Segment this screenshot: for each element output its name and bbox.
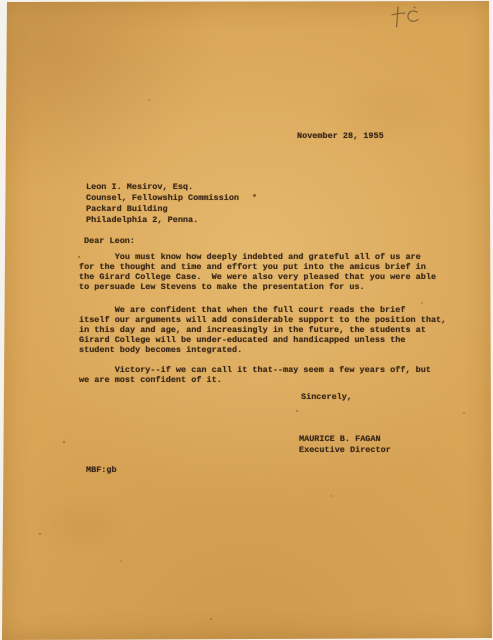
closing: Sincerely, — [301, 392, 352, 402]
recipient-address: Leon I. Mesirov, Esq. Counsel, Fellowshi… — [86, 182, 239, 226]
paper-speck — [39, 533, 41, 535]
signature-title: Executive Director — [299, 445, 391, 455]
letter-paper: FC November 28, 1955 Leon I. Mesirov, Es… — [0, 0, 493, 640]
body-paragraph-2: We are confident that when the full cour… — [79, 305, 446, 355]
paper-speck — [330, 495, 332, 497]
paper-speck — [148, 99, 150, 101]
paper-speck — [296, 410, 298, 412]
signature-name: MAURICE B. FAGAN — [299, 434, 381, 444]
body-paragraph-3: Victory--if we can call it that--may see… — [79, 365, 431, 385]
paper-speck — [463, 412, 465, 414]
paper-speck — [210, 618, 212, 620]
scanned-letter: FC November 28, 1955 Leon I. Mesirov, Es… — [0, 0, 493, 640]
salutation: Dear Leon: — [84, 236, 135, 246]
typist-reference: MBF:gb — [86, 465, 117, 475]
paper-speck — [421, 302, 423, 304]
body-paragraph-1: You must know how deeply indebted and gr… — [79, 252, 436, 292]
paper-stain — [34, 492, 130, 556]
paper-speck — [63, 441, 65, 443]
paper-speck — [253, 194, 256, 197]
letter-date: November 28, 1955 — [297, 131, 384, 141]
handwritten-fc-annotation: FC — [386, 3, 426, 33]
paper-speck — [120, 560, 122, 562]
